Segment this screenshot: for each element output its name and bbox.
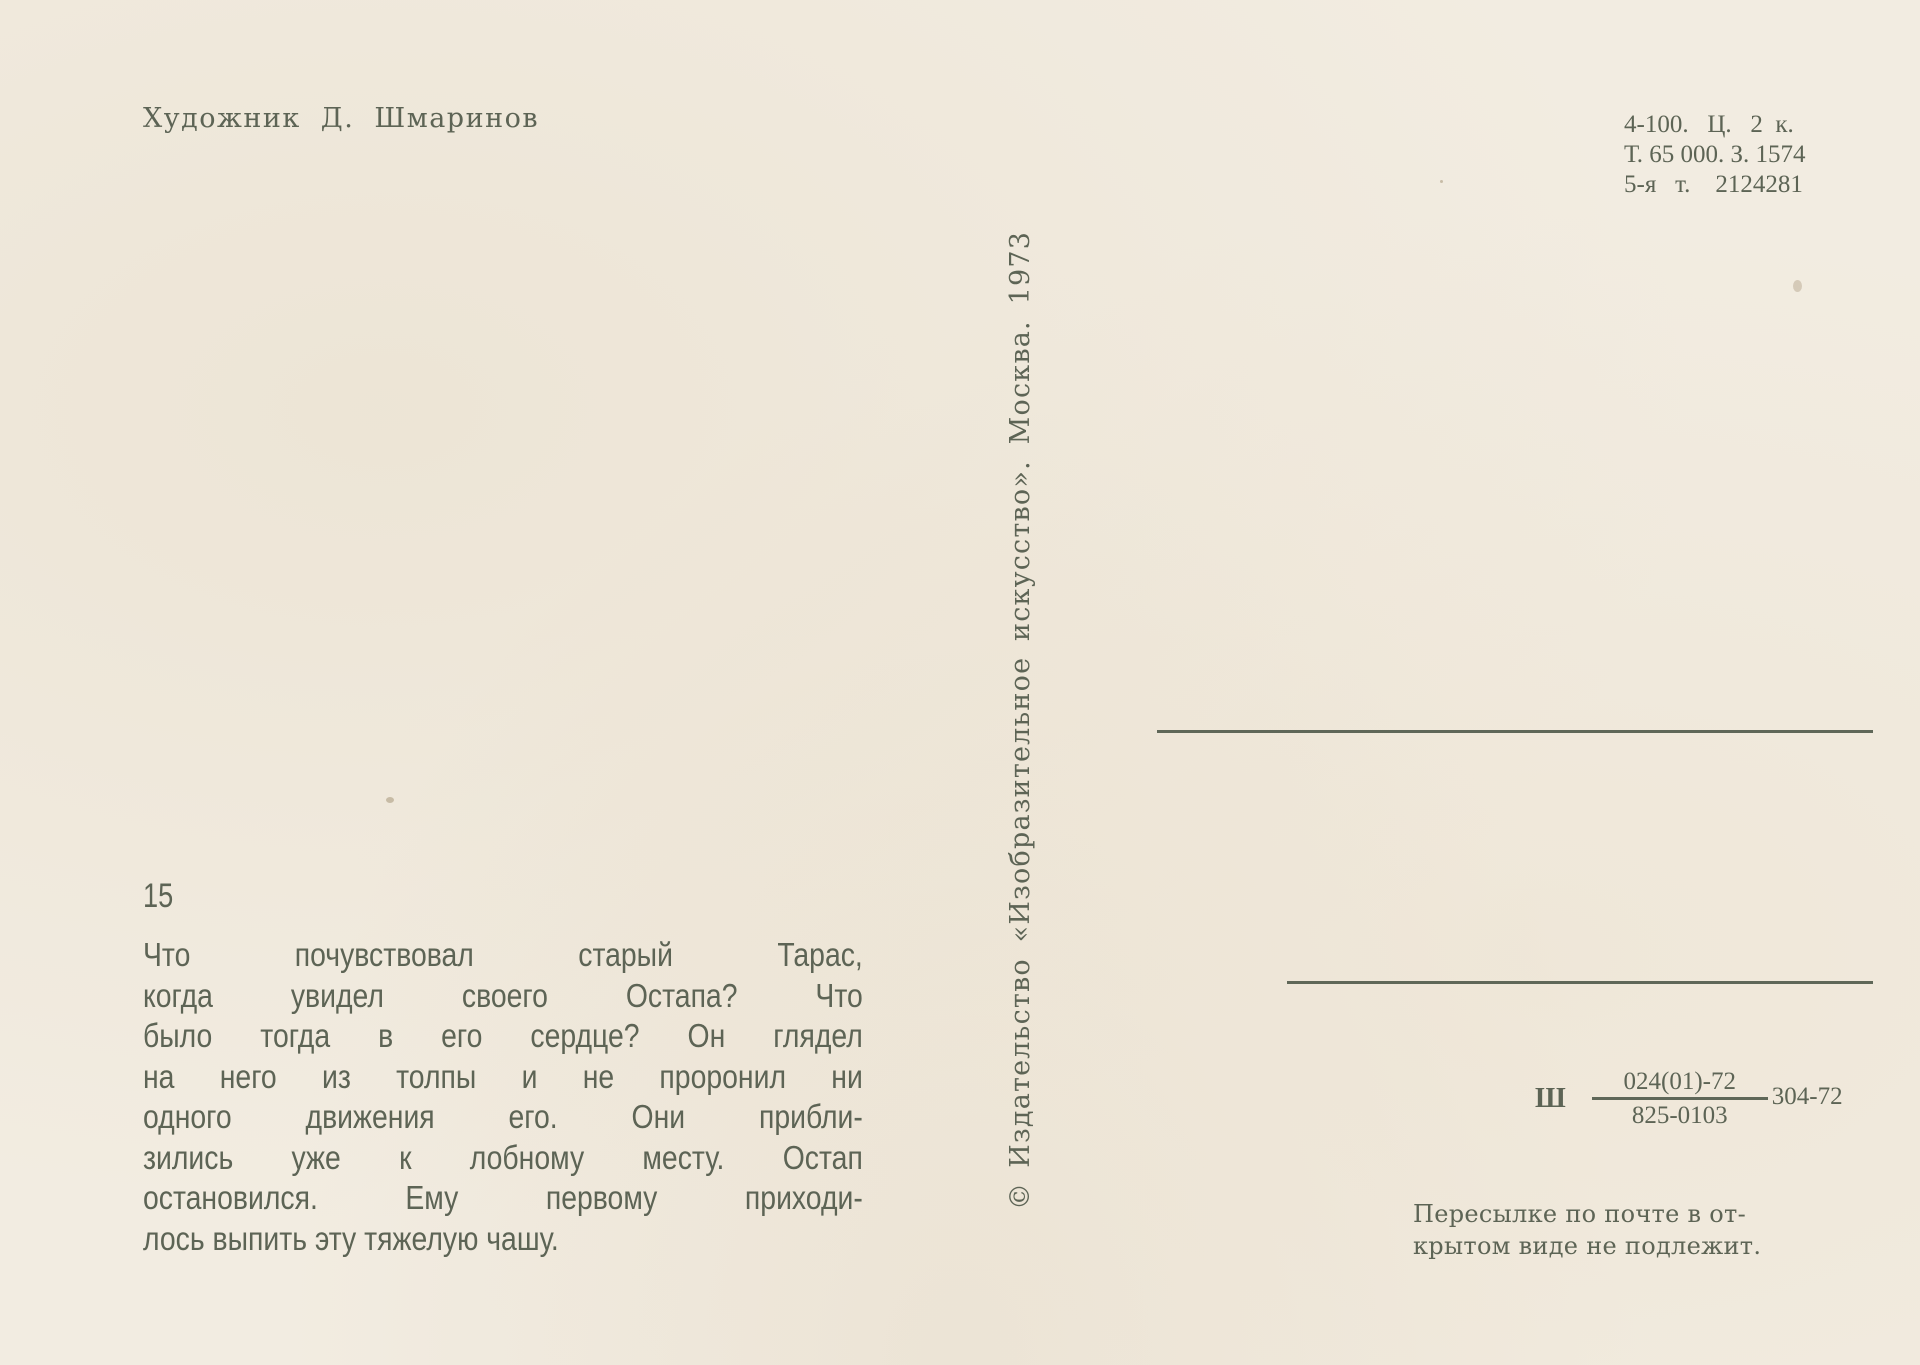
paper-speck: [1440, 180, 1443, 183]
copyright-icon: ©: [1005, 1182, 1036, 1210]
publication-info-line: 5-я т. 2124281: [1624, 170, 1806, 200]
fraction-bar: [1592, 1097, 1768, 1100]
caption-line: лось выпить эту тяжелую чашу.: [143, 1219, 762, 1260]
address-line-lower: [1287, 981, 1873, 984]
artist-credit: Художник Д. Шмаринов: [143, 103, 539, 134]
caption-line: остановился. Ему первому приходи-: [143, 1178, 863, 1219]
publication-info-line: Т. 65 000. З. 1574: [1624, 140, 1806, 170]
index-suffix: 304-72: [1772, 1083, 1843, 1111]
caption-line: зились уже к лобному месту. Остап: [143, 1138, 863, 1179]
caption-text: Что почувствовал старый Тарас, когда уви…: [143, 935, 863, 1259]
mail-note-line: крытом виде не подлежит.: [1413, 1230, 1761, 1262]
caption-line: когда увидел своего Остапа? Что: [143, 976, 863, 1017]
paper-speck: [386, 797, 394, 803]
caption-line: Что почувствовал старый Тарас,: [143, 935, 863, 976]
index-numerator: 024(01)-72: [1618, 1068, 1742, 1096]
index-fraction: 024(01)-72 825-0103: [1592, 1068, 1768, 1130]
paper-speck: [1793, 280, 1802, 292]
mail-note: Пересылке по почте в от- крытом виде не …: [1413, 1198, 1761, 1262]
caption-line: было тогда в его сердце? Он глядел: [143, 1016, 863, 1057]
publisher-line: ©Издательство «Изобразительное искусство…: [1005, 231, 1036, 1210]
caption-line: на него из толпы и не проронил ни: [143, 1057, 863, 1098]
index-letter: Ш: [1535, 1083, 1566, 1115]
publication-info-line: 4-100. Ц. 2 к.: [1624, 110, 1806, 140]
publication-info: 4-100. Ц. 2 к. Т. 65 000. З. 1574 5-я т.…: [1624, 110, 1806, 200]
address-line-upper: [1157, 730, 1873, 733]
caption-line: одного движения его. Они прибли-: [143, 1097, 863, 1138]
publisher-text: Издательство «Изобразительное искусство»…: [1005, 231, 1036, 1168]
index-code: Ш 024(01)-72 825-0103 304-72: [1535, 1068, 1843, 1130]
card-number: 15: [143, 877, 173, 916]
mail-note-line: Пересылке по почте в от-: [1413, 1198, 1761, 1230]
index-denominator: 825-0103: [1632, 1102, 1728, 1130]
